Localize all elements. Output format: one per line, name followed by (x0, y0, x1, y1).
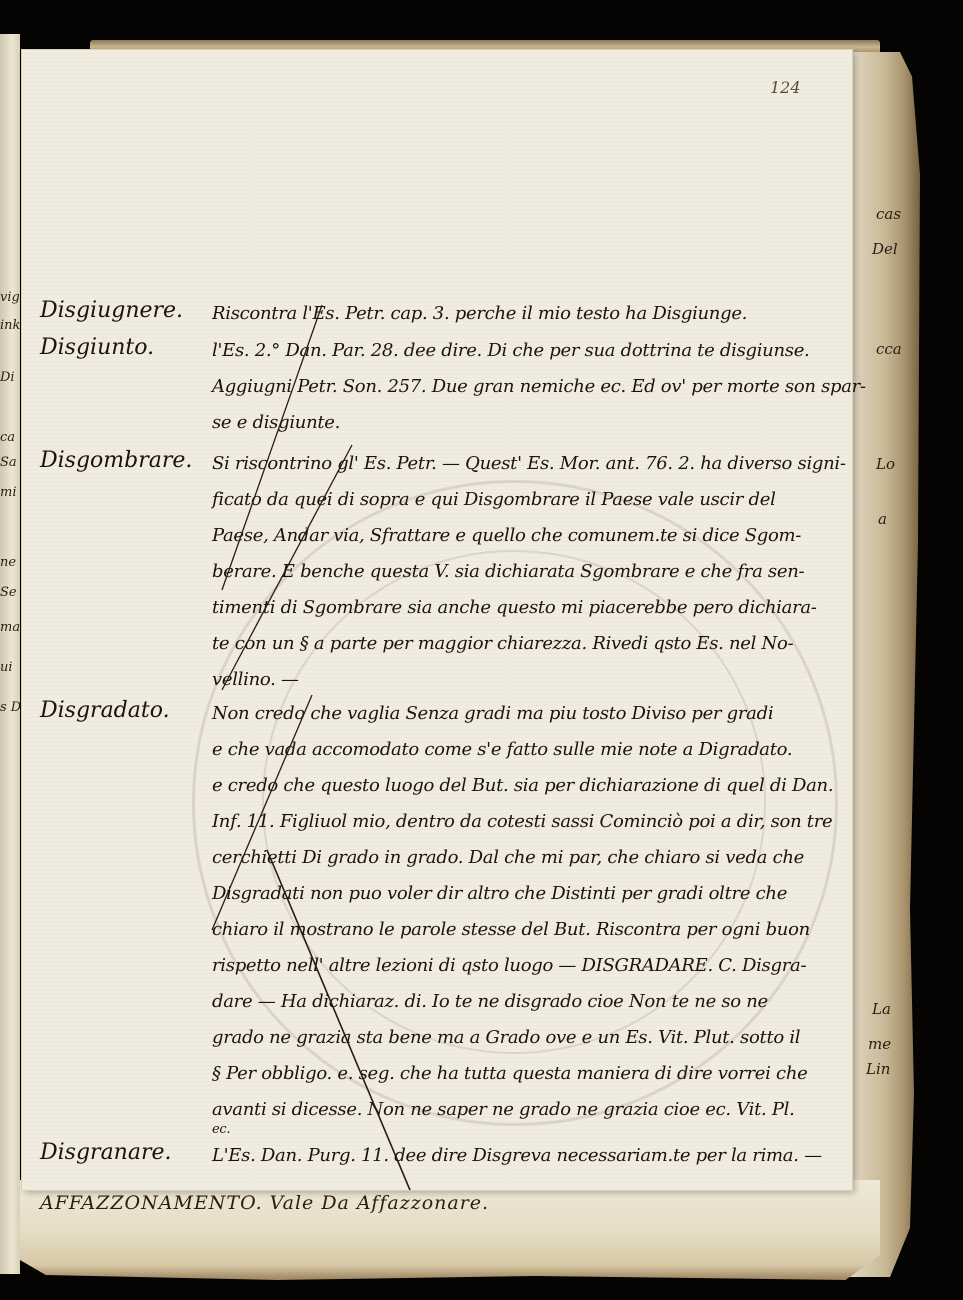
entry-line: berare. E benche questa V. sia dichiarat… (212, 561, 804, 582)
margin-fragment: cca (876, 340, 902, 358)
entry-line: ficato da quei di sopra e qui Disgombrar… (212, 489, 776, 510)
underlying-page-text: AFFAZZONAMENTO. Vale Da Affazzonare. (40, 1192, 489, 1214)
margin-fragment: La (872, 1000, 891, 1018)
entry-line: timenti di Sgombrare sia anche questo mi… (212, 597, 817, 618)
folio-number: 124 (770, 78, 801, 97)
faded-stamp-inner (262, 550, 766, 1054)
entry-line: Non credo che vaglia Senza gradi ma piu … (212, 703, 773, 724)
headword: Disgiunto. (40, 335, 154, 360)
margin-fragment: a (878, 510, 887, 528)
margin-fragment: Lo (876, 455, 895, 473)
margin-fragment: Se (0, 585, 20, 600)
entry-line: Aggiugni Petr. Son. 257. Due gran nemich… (212, 376, 866, 397)
entry-line: e che vada accomodato come s'e fatto sul… (212, 739, 792, 760)
margin-fragment: Del (872, 240, 898, 258)
entry-line: cerchietti Di grado in grado. Dal che mi… (212, 847, 804, 868)
margin-fragment: ma (0, 620, 20, 635)
margin-fragment: ca (0, 430, 20, 445)
entry-line: vellino. — (212, 669, 299, 690)
manuscript-page: 124 Disgiugnere. Riscontra l'Es. Petr. c… (22, 50, 852, 1190)
margin-fragment: vig (0, 290, 20, 305)
entry-line: te con un § a parte per maggior chiarezz… (212, 633, 793, 654)
margin-fragment: ne (0, 555, 20, 570)
headword: Disgiugnere. (40, 298, 183, 323)
entry-line: dare — Ha dichiaraz. di. Io te ne disgra… (212, 991, 768, 1012)
entry-line: grado ne grazia sta bene ma a Grado ove … (212, 1027, 800, 1048)
left-margin-fragments: vig ink Di ca Sa mi ne Se ma ui s Di (0, 0, 20, 1300)
entry-line: avanti si dicesse. Non ne saper ne grado… (212, 1099, 795, 1120)
entry-line: Si riscontrino gl' Es. Petr. — Quest' Es… (212, 453, 846, 474)
headword: Disgranare. (40, 1140, 172, 1165)
entry-line: chiaro il mostrano le parole stesse del … (212, 919, 810, 940)
margin-fragment: Lin (866, 1060, 890, 1078)
headword: Disgombrare. (40, 448, 192, 473)
entry-line: L'Es. Dan. Purg. 11. dee dire Disgreva n… (212, 1145, 822, 1166)
entry-line: Inf. 11. Figliuol mio, dentro da cotesti… (212, 811, 832, 832)
headword: Disgradato. (40, 698, 170, 723)
entry-line: se e disgiunte. (212, 412, 340, 433)
margin-fragment: s Di (0, 700, 20, 715)
margin-fragment: ink (0, 318, 20, 333)
entry-line: Riscontra l'Es. Petr. cap. 3. perche il … (212, 303, 747, 324)
entry-line: Disgradati non puo voler dir altro che D… (212, 883, 787, 904)
entry-line: e credo che questo luogo del But. sia pe… (212, 775, 833, 796)
margin-fragment: Di (0, 370, 20, 385)
margin-fragment: me (868, 1035, 891, 1053)
margin-fragment: mi (0, 485, 20, 500)
entry-line: rispetto nell' altre lezioni di qsto luo… (212, 955, 806, 976)
margin-fragment: cas (876, 205, 901, 223)
margin-fragment: Sa (0, 455, 20, 470)
entry-line: Paese, Andar via, Sfrattare e quello che… (212, 525, 801, 546)
entry-line: § Per obbligo. e. seg. che ha tutta ques… (212, 1063, 807, 1084)
entry-line: ec. (212, 1122, 230, 1137)
entry-line: l'Es. 2.° Dan. Par. 28. dee dire. Di che… (212, 340, 809, 361)
margin-fragment: ui (0, 660, 20, 675)
